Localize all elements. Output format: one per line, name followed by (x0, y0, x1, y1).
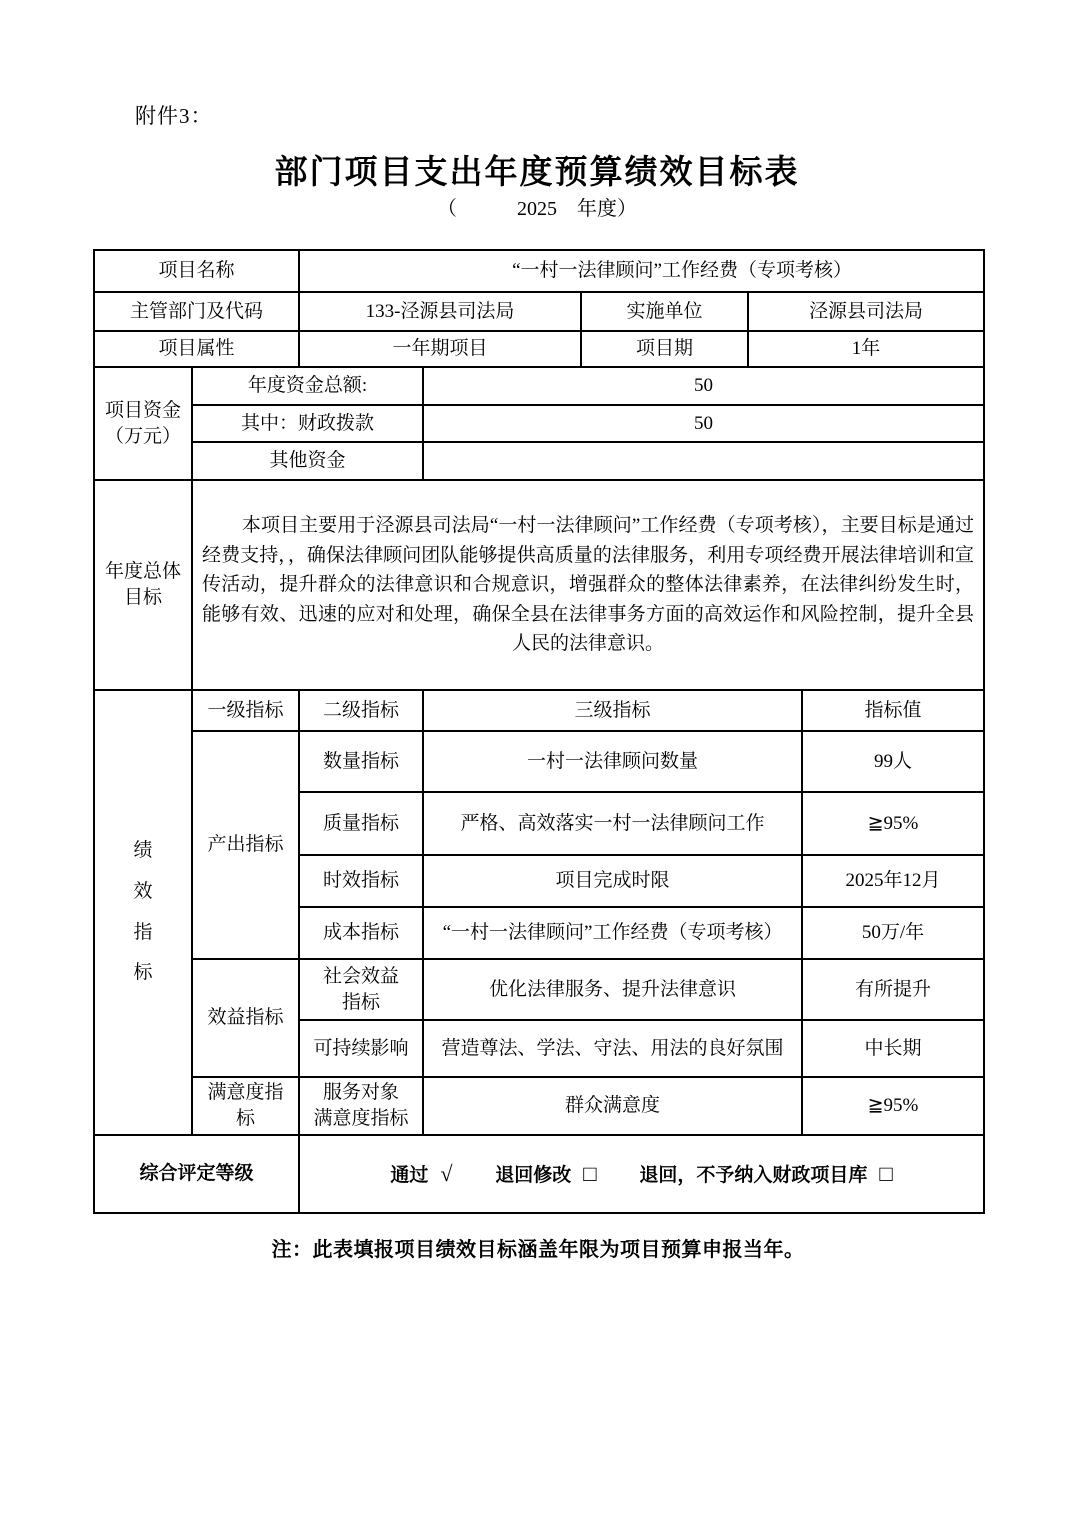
rating-option-reject: 退回，不予纳入财政项目库□ (639, 1165, 892, 1186)
header-value: 指标值 (802, 690, 984, 731)
header-level3: 三级指标 (423, 690, 802, 731)
annual-goal-cell: 本项目主要用于泾源县司法局“一村一法律顾问”工作经费（专项考核），主要目标是通过… (192, 480, 984, 690)
row-overall-rating: 综合评定等级 通过√ 退回修改□ 退回，不予纳入财政项目库□ (94, 1135, 984, 1213)
attachment-label: 附件3： (135, 100, 213, 130)
sustainability-value: 中长期 (802, 1020, 984, 1077)
dept-value: 133-泾源县司法局 (299, 292, 581, 331)
empty-checkbox-icon: □ (583, 1161, 596, 1186)
perf-side-label: 绩效指标 (133, 831, 154, 994)
funds-fiscal-value: 50 (423, 405, 984, 442)
level1-benefit: 效益指标 (192, 959, 299, 1077)
satisfaction-label: 服务对象 满意度指标 (299, 1077, 423, 1135)
quality-value: ≧95% (802, 792, 984, 855)
footnote: 注：此表填报项目绩效目标涵盖年限为项目预算申报当年。 (93, 1233, 983, 1262)
perf-side-label-cell: 绩效指标 (94, 690, 192, 1135)
overall-rating-label: 综合评定等级 (94, 1135, 299, 1213)
check-mark-icon: √ (440, 1161, 452, 1186)
performance-target-table: 项目名称 “一村一法律顾问”工作经费（专项考核） 主管部门及代码 133-泾源县… (93, 249, 985, 1214)
header-level2: 二级指标 (299, 690, 423, 731)
dept-label: 主管部门及代码 (94, 292, 299, 331)
page-subtitle-year: （ 2025 年度） (0, 192, 1074, 221)
satisfaction-level3: 群众满意度 (423, 1077, 802, 1135)
cost-value: 50万/年 (802, 907, 984, 959)
row-annual-goal: 年度总体 目标 本项目主要用于泾源县司法局“一村一法律顾问”工作经费（专项考核）… (94, 480, 984, 690)
rating-pass-text: 通过 (390, 1165, 428, 1186)
row-funds-fiscal: 其中：财政拨款 50 (94, 405, 984, 442)
cost-level3: “一村一法律顾问”工作经费（专项考核） (423, 907, 802, 959)
rating-option-pass: 通过√ (390, 1165, 452, 1186)
empty-checkbox-icon-2: □ (879, 1161, 892, 1186)
row-quantity: 产出指标 数量指标 一村一法律顾问数量 99人 (94, 731, 984, 792)
sustainability-label: 可持续影响 (299, 1020, 423, 1077)
row-indicator-header: 绩效指标 一级指标 二级指标 三级指标 指标值 (94, 690, 984, 731)
social-benefit-level3: 优化法律服务、提升法律意识 (423, 959, 802, 1020)
period-value: 1年 (748, 331, 984, 367)
quality-level3: 严格、高效落实一村一法律顾问工作 (423, 792, 802, 855)
rating-reject-text: 退回，不予纳入财政项目库 (639, 1165, 867, 1186)
row-project-name: 项目名称 “一村一法律顾问”工作经费（专项考核） (94, 250, 984, 292)
timeliness-label: 时效指标 (299, 855, 423, 907)
page-title: 部门项目支出年度预算绩效目标表 (0, 146, 1074, 193)
sustainability-level3: 营造尊法、学法、守法、用法的良好氛围 (423, 1020, 802, 1077)
period-label: 项目期 (581, 331, 748, 367)
project-name-value: “一村一法律顾问”工作经费（专项考核） (299, 250, 984, 292)
satisfaction-value: ≧95% (802, 1077, 984, 1135)
annual-goal-label: 年度总体 目标 (94, 480, 192, 690)
funds-other-value (423, 442, 984, 480)
timeliness-level3: 项目完成时限 (423, 855, 802, 907)
project-name-label: 项目名称 (94, 250, 299, 292)
row-department: 主管部门及代码 133-泾源县司法局 实施单位 泾源县司法局 (94, 292, 984, 331)
level1-output: 产出指标 (192, 731, 299, 959)
attr-value: 一年期项目 (299, 331, 581, 367)
header-level1: 一级指标 (192, 690, 299, 731)
social-benefit-label: 社会效益 指标 (299, 959, 423, 1020)
rating-return-modify-text: 退回修改 (495, 1165, 571, 1186)
funds-group-label: 项目资金 （万元） (94, 367, 192, 480)
quantity-value: 99人 (802, 731, 984, 792)
row-social-benefit: 效益指标 社会效益 指标 优化法律服务、提升法律意识 有所提升 (94, 959, 984, 1020)
row-satisfaction: 满意度指 标 服务对象 满意度指标 群众满意度 ≧95% (94, 1077, 984, 1135)
quality-label: 质量指标 (299, 792, 423, 855)
cost-label: 成本指标 (299, 907, 423, 959)
funds-total-label: 年度资金总额: (192, 367, 423, 405)
funds-fiscal-label: 其中：财政拨款 (192, 405, 423, 442)
overall-rating-options: 通过√ 退回修改□ 退回，不予纳入财政项目库□ (299, 1135, 984, 1213)
social-benefit-value: 有所提升 (802, 959, 984, 1020)
row-funds-total: 项目资金 （万元） 年度资金总额: 50 (94, 367, 984, 405)
row-attribute: 项目属性 一年期项目 项目期 1年 (94, 331, 984, 367)
funds-other-label: 其他资金 (192, 442, 423, 480)
quantity-level3: 一村一法律顾问数量 (423, 731, 802, 792)
quantity-label: 数量指标 (299, 731, 423, 792)
timeliness-value: 2025年12月 (802, 855, 984, 907)
row-funds-other: 其他资金 (94, 442, 984, 480)
rating-option-return-modify: 退回修改□ (495, 1165, 596, 1186)
annual-goal-text: 本项目主要用于泾源县司法局“一村一法律顾问”工作经费（专项考核），主要目标是通过… (202, 511, 974, 658)
impl-unit-value: 泾源县司法局 (748, 292, 984, 331)
attr-label: 项目属性 (94, 331, 299, 367)
level1-satisfaction: 满意度指 标 (192, 1077, 299, 1135)
funds-total-value: 50 (423, 367, 984, 405)
impl-unit-label: 实施单位 (581, 292, 748, 331)
